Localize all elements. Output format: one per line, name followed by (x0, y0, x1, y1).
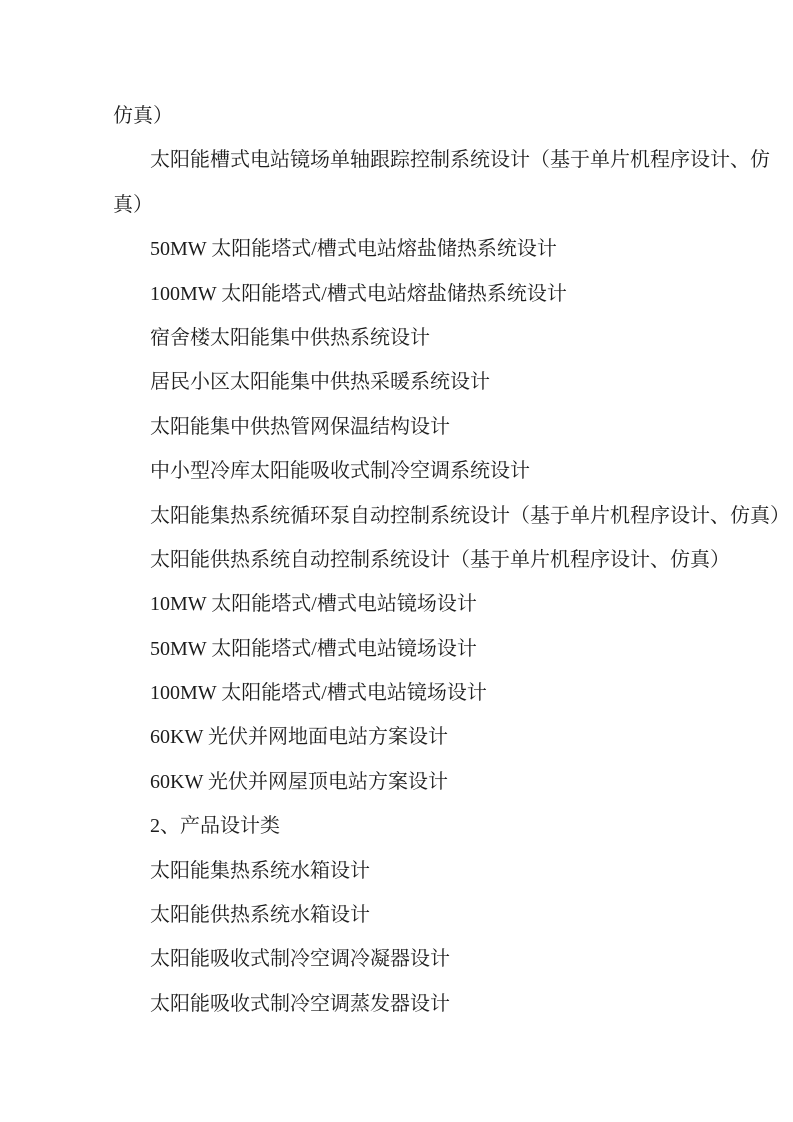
document-line: 100MW 太阳能塔式/槽式电站熔盐储热系统设计 (113, 272, 778, 316)
document-line: 50MW 太阳能塔式/槽式电站镜场设计 (113, 627, 778, 671)
document-line: 太阳能吸收式制冷空调蒸发器设计 (113, 982, 778, 1026)
document-line: 100MW 太阳能塔式/槽式电站镜场设计 (113, 671, 778, 715)
document-line: 60KW 光伏并网屋顶电站方案设计 (113, 760, 778, 804)
document-line: 居民小区太阳能集中供热采暖系统设计 (113, 360, 778, 404)
document-line: 50MW 太阳能塔式/槽式电站熔盐储热系统设计 (113, 227, 778, 271)
document-line: 10MW 太阳能塔式/槽式电站镜场设计 (113, 582, 778, 626)
document-line: 仿真） (113, 94, 778, 138)
document-line: 太阳能供热系统水箱设计 (113, 893, 778, 937)
document-line: 真） (113, 183, 778, 227)
document-line: 中小型冷库太阳能吸收式制冷空调系统设计 (113, 449, 778, 493)
document-line: 太阳能集热系统水箱设计 (113, 849, 778, 893)
document-page: 仿真） 太阳能槽式电站镜场单轴跟踪控制系统设计（基于单片机程序设计、仿 真） 5… (0, 0, 793, 1122)
document-line: 太阳能供热系统自动控制系统设计（基于单片机程序设计、仿真） (113, 538, 778, 582)
document-section-heading: 2、产品设计类 (113, 804, 778, 848)
document-line: 宿舍楼太阳能集中供热系统设计 (113, 316, 778, 360)
document-line: 太阳能槽式电站镜场单轴跟踪控制系统设计（基于单片机程序设计、仿 (113, 138, 778, 182)
document-line: 太阳能集中供热管网保温结构设计 (113, 405, 778, 449)
document-line: 60KW 光伏并网地面电站方案设计 (113, 715, 778, 759)
document-body: 仿真） 太阳能槽式电站镜场单轴跟踪控制系统设计（基于单片机程序设计、仿 真） 5… (113, 94, 778, 1026)
document-line: 太阳能集热系统循环泵自动控制系统设计（基于单片机程序设计、仿真） (113, 494, 778, 538)
document-line: 太阳能吸收式制冷空调冷凝器设计 (113, 937, 778, 981)
